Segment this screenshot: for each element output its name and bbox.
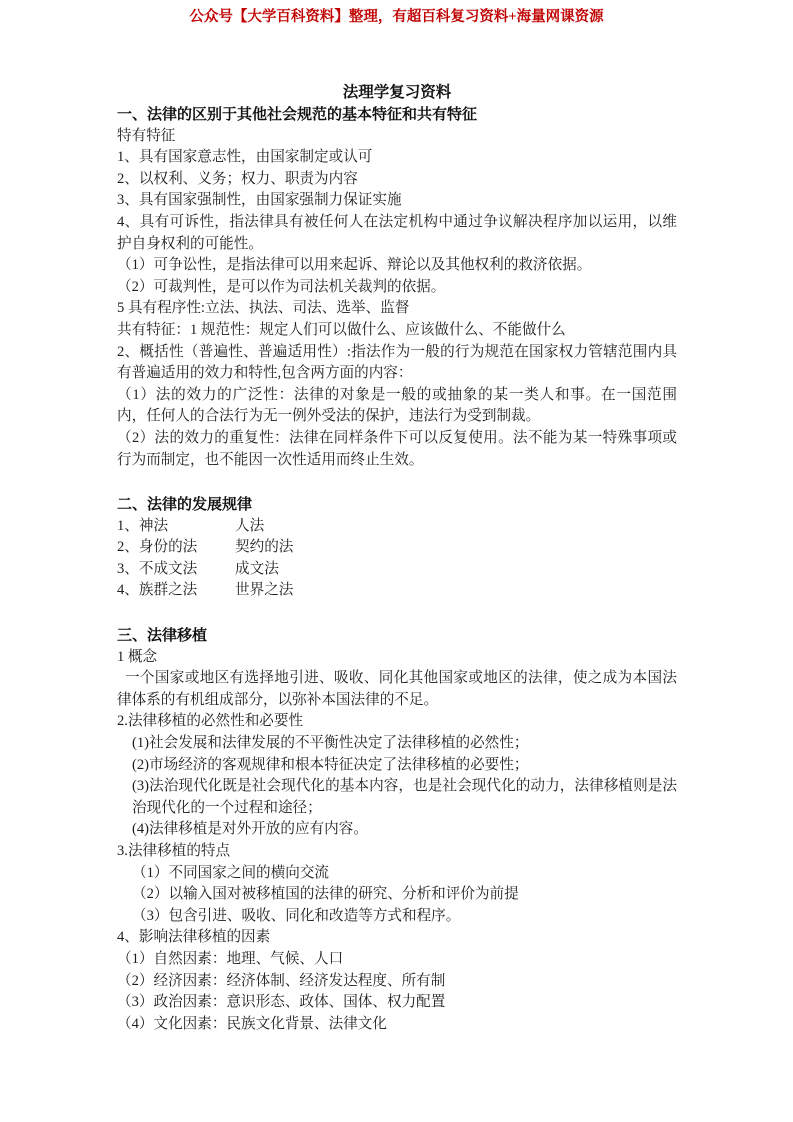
doc-pair-row: 4、族群之法世界之法 (117, 580, 677, 602)
doc-pair-row: 3、不成文法成文法 (117, 559, 677, 581)
pair-right: 世界之法 (235, 582, 293, 598)
doc-paragraph: （1）自然因素：地理、气候、人口 (117, 949, 677, 971)
doc-paragraph: （1）法的效力的广泛性：法律的对象是一般的或抽象的某一类人和事。在一国范围内，任… (117, 385, 677, 428)
doc-paragraph: （3）包含引进、吸收、同化和改造等方式和程序。 (117, 906, 677, 928)
doc-paragraph: 一个国家或地区有选择地引进、吸收、同化其他国家或地区的法律，使之成为本国法律体系… (117, 668, 677, 711)
promo-header: 公众号【大学百科资料】整理，有超百科复习资料+海量网课资源 (0, 8, 793, 26)
doc-paragraph: （2）可裁判性，是可以作为司法机关裁判的依据。 (117, 277, 677, 299)
doc-paragraph: （2）法的效力的重复性：法律在同样条件下可以反复使用。法不能为某一特殊事项或行为… (117, 428, 677, 471)
section-spacer (117, 471, 677, 494)
doc-paragraph: （1）可争讼性，是指法律可以用来起诉、辩论以及其他权利的救济依据。 (117, 255, 677, 277)
section-heading: 三、法律移植 (117, 625, 677, 647)
doc-paragraph: 1 概念 (117, 647, 677, 669)
doc-paragraph: 2.法律移植的必然性和必要性 (117, 711, 677, 733)
section-heading: 二、法律的发展规律 (117, 494, 677, 516)
doc-paragraph: 特有特征 (117, 126, 677, 148)
pair-left: 1、神法 (117, 516, 235, 538)
section-spacer (117, 602, 677, 625)
pair-left: 2、身份的法 (117, 537, 235, 559)
doc-paragraph: 5 具有程序性:立法、执法、司法、选举、监督 (117, 298, 677, 320)
document-lines: 一、法律的区别于其他社会规范的基本特征和共有特征特有特征1、具有国家意志性，由国… (117, 104, 677, 1035)
doc-paragraph: (2)市场经济的客观规律和根本特征决定了法律移植的必要性； (117, 755, 677, 777)
doc-paragraph: 3.法律移植的特点 (117, 841, 677, 863)
document-title: 法理学复习资料 (117, 82, 677, 104)
doc-paragraph: 4、影响法律移植的因素 (117, 927, 677, 949)
pair-right: 契约的法 (235, 539, 293, 555)
doc-pair-row: 1、神法人法 (117, 516, 677, 538)
doc-paragraph: （3）政治因素：意识形态、政体、国体、权力配置 (117, 992, 677, 1014)
doc-paragraph: (4)法律移植是对外开放的应有内容。 (117, 819, 677, 841)
doc-paragraph: 3、具有国家强制性，由国家强制力保证实施 (117, 190, 677, 212)
pair-right: 成文法 (235, 561, 279, 577)
section-heading: 一、法律的区别于其他社会规范的基本特征和共有特征 (117, 104, 677, 126)
pair-left: 4、族群之法 (117, 580, 235, 602)
doc-paragraph: 2、以权利、义务；权力、职责为内容 (117, 169, 677, 191)
doc-paragraph: 共有特征：1 规范性：规定人们可以做什么、应该做什么、不能做什么 (117, 320, 677, 342)
doc-paragraph: 2、概括性（普遍性、普遍适用性）:指法作为一般的行为规范在国家权力管辖范围内具有… (117, 342, 677, 385)
doc-paragraph: （1）不同国家之间的横向交流 (117, 863, 677, 885)
doc-paragraph: （4）文化因素：民族文化背景、法律文化 (117, 1014, 677, 1036)
doc-pair-row: 2、身份的法契约的法 (117, 537, 677, 559)
doc-paragraph: (1)社会发展和法律发展的不平衡性决定了法律移植的必然性； (117, 733, 677, 755)
pair-right: 人法 (235, 518, 264, 534)
doc-paragraph: 1、具有国家意志性，由国家制定或认可 (117, 147, 677, 169)
document-page: 公众号【大学百科资料】整理，有超百科复习资料+海量网课资源 法理学复习资料 一、… (0, 0, 793, 1122)
document-body: 法理学复习资料 一、法律的区别于其他社会规范的基本特征和共有特征特有特征1、具有… (117, 82, 677, 1035)
doc-paragraph: 4、具有可诉性，指法律具有被任何人在法定机构中通过争议解决程序加以运用，以维护自… (117, 212, 677, 255)
doc-paragraph: （2）经济因素：经济体制、经济发达程度、所有制 (117, 971, 677, 993)
doc-paragraph: (3)法治现代化既是社会现代化的基本内容，也是社会现代化的动力，法律移植则是法治… (117, 776, 677, 819)
doc-paragraph: （2）以输入国对被移植国的法律的研究、分析和评价为前提 (117, 884, 677, 906)
pair-left: 3、不成文法 (117, 559, 235, 581)
